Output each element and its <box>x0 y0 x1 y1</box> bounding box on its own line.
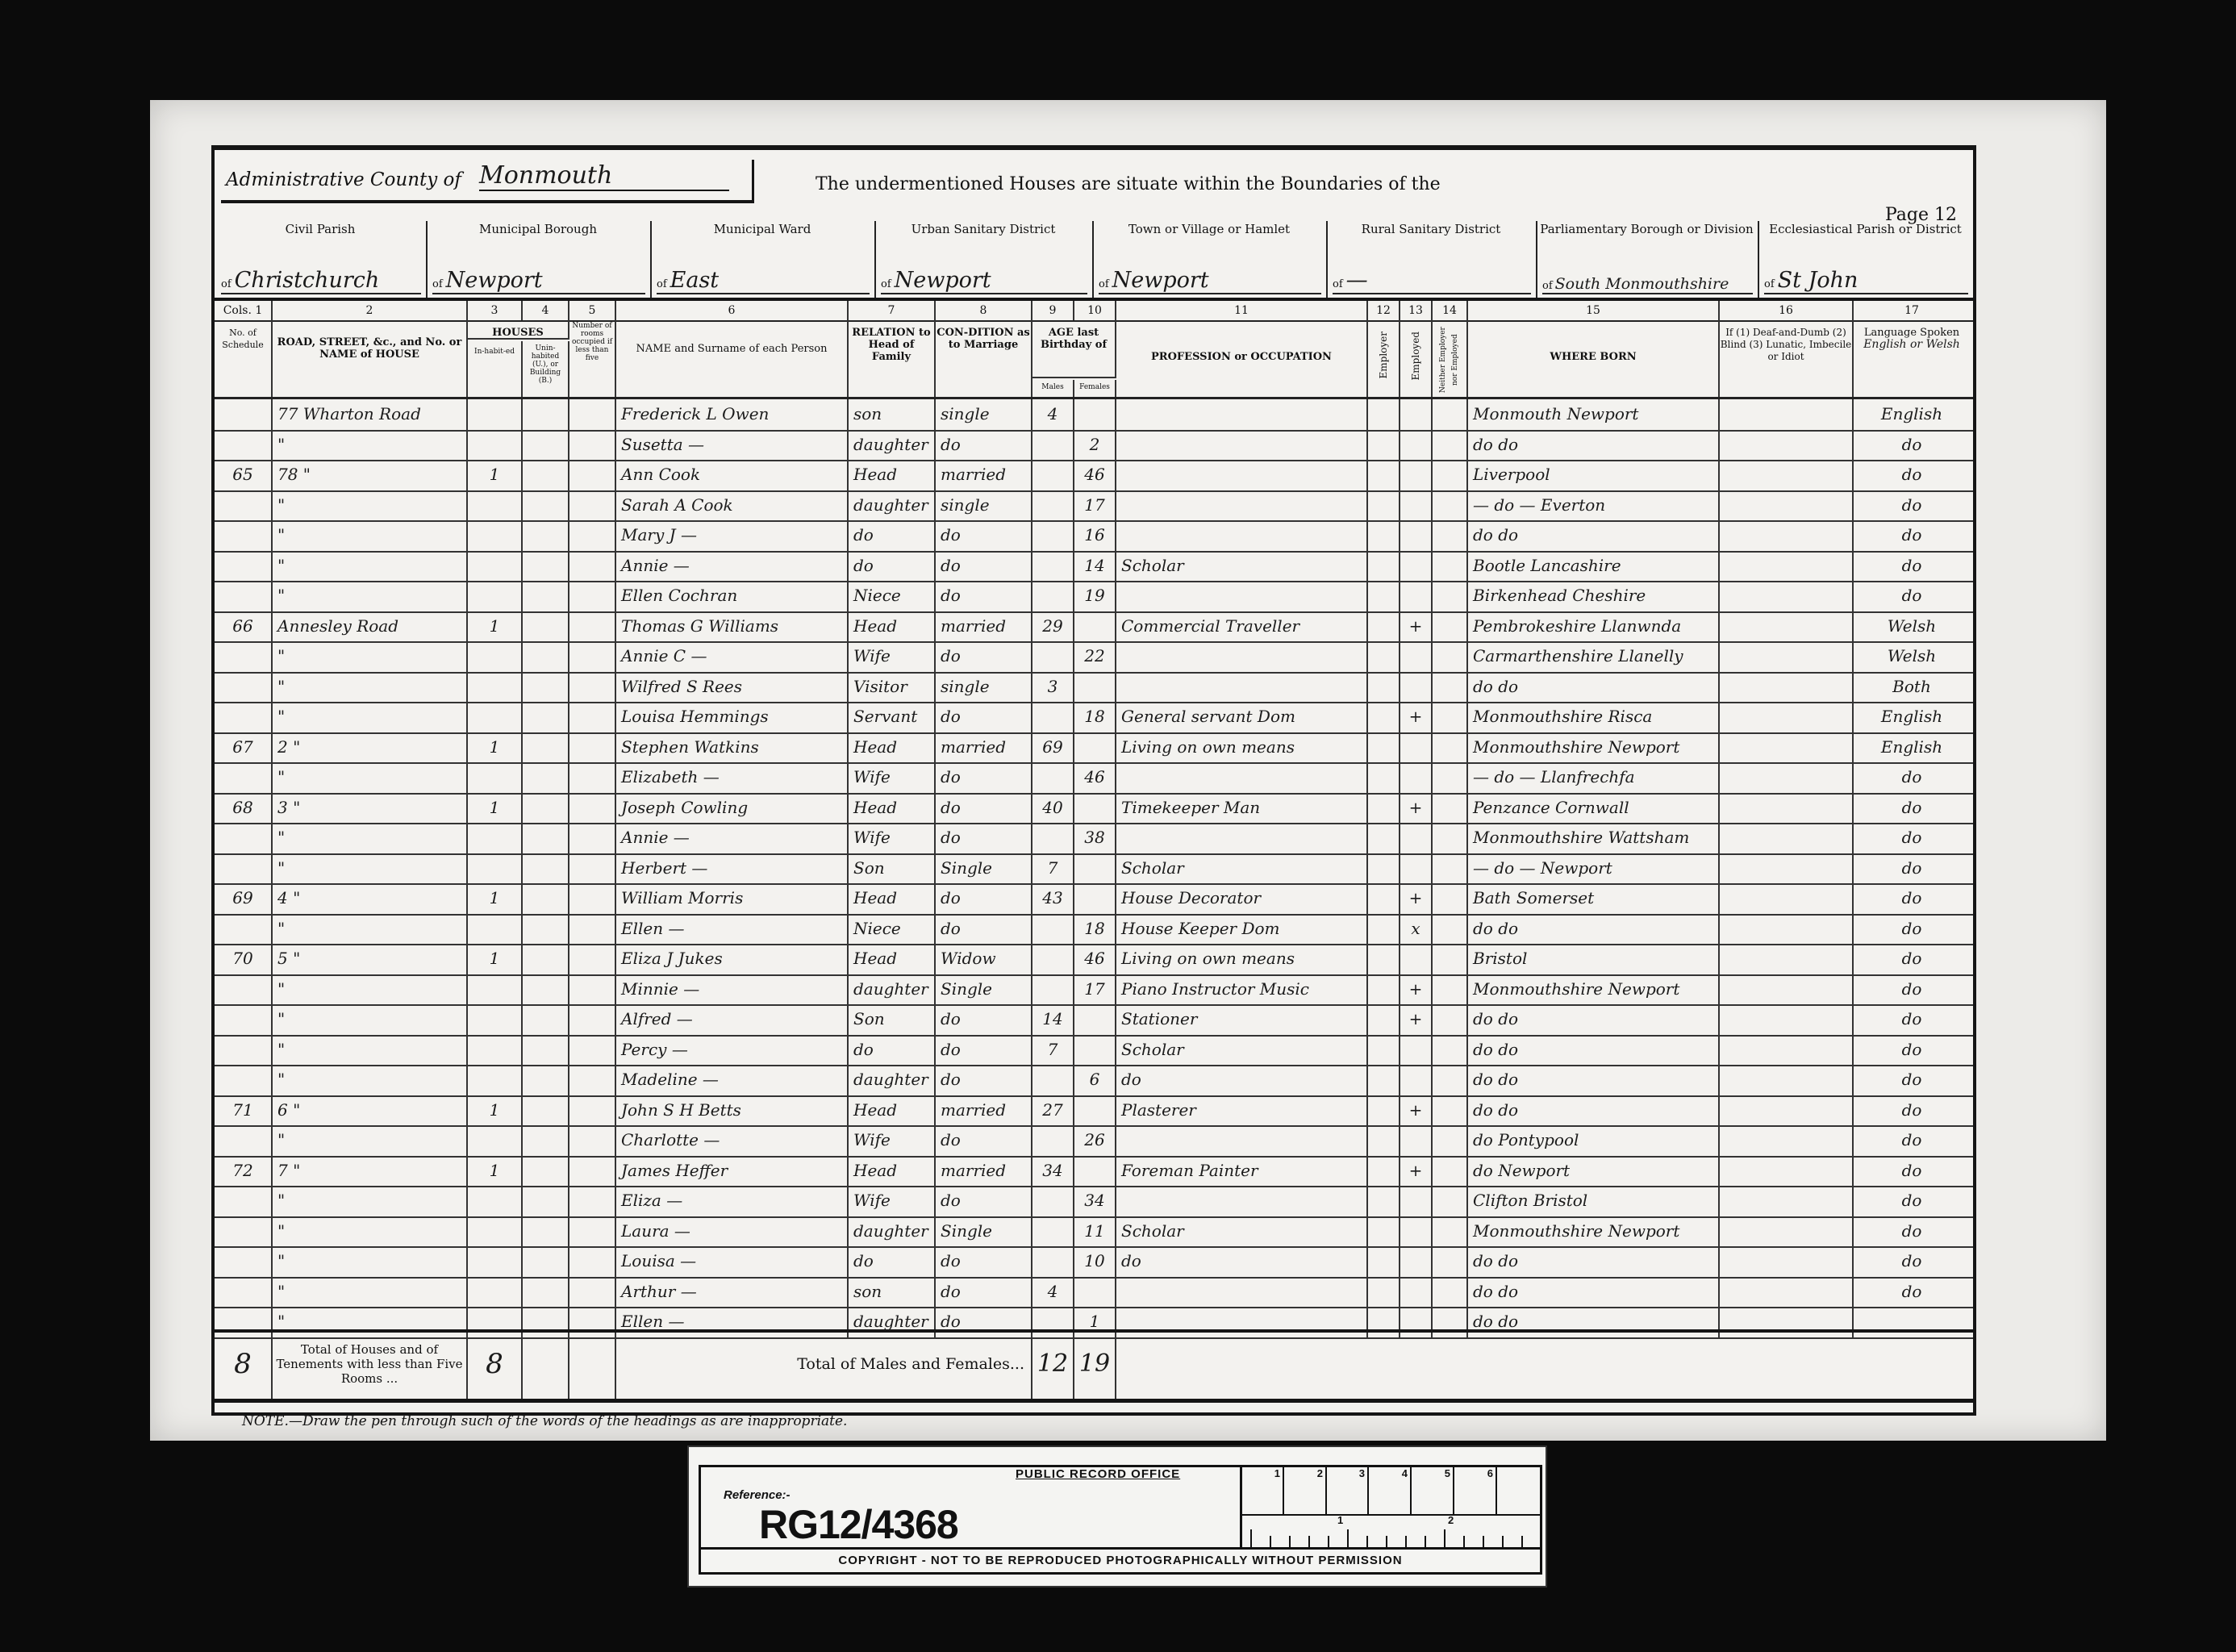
area-parliamentary-borough: Parliamentary Borough or Division ofSout… <box>1536 221 1759 298</box>
cell-where-born: Monmouth Newport <box>1468 399 1720 430</box>
cell-age-female: 46 <box>1074 944 1116 974</box>
cell-condition: do <box>936 1277 1032 1308</box>
cell-language: Both <box>1854 672 1970 703</box>
cell-occupation: House Keeper Dom <box>1116 914 1368 945</box>
area-title: Urban Sanitary District <box>874 223 1092 236</box>
table-row: "Ellen CochranNiecedo19Birkenhead Cheshi… <box>215 581 1973 613</box>
cell-relation: Servant <box>849 702 936 732</box>
cell-employer <box>1368 793 1400 824</box>
cell-employed: + <box>1400 883 1433 914</box>
cell-relation: daughter <box>849 430 936 461</box>
cell-language: do <box>1854 490 1970 521</box>
cell-language: do <box>1854 974 1970 1005</box>
cell-occupation: do <box>1116 1246 1368 1277</box>
cell-uninhabited <box>523 581 569 611</box>
cell-schedule <box>215 1277 273 1308</box>
cell-relation: Wife <box>849 1186 936 1216</box>
cell-rooms <box>569 611 616 642</box>
colnum: 4 <box>523 301 569 320</box>
cell-age-male <box>1032 1065 1074 1095</box>
county-label: Administrative County of <box>226 169 461 190</box>
cell-relation: Head <box>849 883 936 914</box>
cell-neither <box>1433 1035 1468 1066</box>
table-row: "Percy —dodo7Scholardo dodo <box>215 1035 1973 1067</box>
cell-uninhabited <box>523 672 569 703</box>
cell-employed: + <box>1400 974 1433 1005</box>
cell-age-female: 46 <box>1074 460 1116 490</box>
area-title: Town or Village or Hamlet <box>1092 223 1326 236</box>
cell-name: Herbert — <box>616 853 849 884</box>
cell-neither <box>1433 611 1468 642</box>
cell-neither <box>1433 823 1468 853</box>
cell-age-male: 69 <box>1032 732 1074 763</box>
cell-rooms <box>569 914 616 945</box>
scale-tick <box>1502 1536 1504 1547</box>
area-ecclesiastical-parish: Ecclesiastical Parish or District ofSt J… <box>1758 221 1973 298</box>
cell-name: Mary J — <box>616 520 849 551</box>
colnum: 17 <box>1854 301 1970 320</box>
cell-employed: + <box>1400 1156 1433 1187</box>
cell-employed <box>1400 641 1433 672</box>
colnum: 16 <box>1720 301 1854 320</box>
table-row: 716 "1John S H BettsHeadmarried27Plaster… <box>215 1095 1973 1128</box>
cell-where-born: do Pontypool <box>1468 1125 1720 1156</box>
cell-address: " <box>273 1186 468 1216</box>
cell-language: English <box>1854 732 1970 763</box>
of-label: of <box>221 278 232 290</box>
cell-age-male <box>1032 702 1074 732</box>
cell-condition: do <box>936 641 1032 672</box>
note-text: NOTE.—Draw the pen through such of the w… <box>242 1413 847 1429</box>
cell-relation: daughter <box>849 1065 936 1095</box>
cell-neither <box>1433 914 1468 945</box>
scale-tick-label: 2 <box>1284 1467 1327 1514</box>
cell-inhabited: 1 <box>468 1156 523 1187</box>
cell-uninhabited <box>523 914 569 945</box>
cell-uninhabited <box>523 1156 569 1187</box>
cell-employer <box>1368 490 1400 521</box>
cell-name: Madeline — <box>616 1065 849 1095</box>
cell-neither <box>1433 581 1468 611</box>
cell-inhabited <box>468 520 523 551</box>
total-blank <box>523 1333 569 1399</box>
cell-schedule <box>215 641 273 672</box>
col-header-males: Males <box>1032 380 1074 397</box>
cell-rooms <box>569 1004 616 1035</box>
cell-infirmity <box>1720 1277 1854 1308</box>
cell-where-born: do do <box>1468 672 1720 703</box>
area-title: Municipal Borough <box>426 223 650 236</box>
scale-tick <box>1250 1529 1252 1547</box>
cell-relation: son <box>849 399 936 430</box>
cell-where-born: — do — Everton <box>1468 490 1720 521</box>
col-header-employed-label: Employed <box>1410 332 1422 380</box>
table-row: 727 "1James HefferHeadmarried34Foreman P… <box>215 1156 1973 1188</box>
cell-condition: do <box>936 1035 1032 1066</box>
cell-uninhabited <box>523 823 569 853</box>
cell-name: Sarah A Cook <box>616 490 849 521</box>
cell-infirmity <box>1720 944 1854 974</box>
col-header-name: NAME and Surname of each Person <box>616 320 849 397</box>
cell-employer <box>1368 460 1400 490</box>
cell-uninhabited <box>523 853 569 884</box>
scale-tick <box>1347 1529 1349 1547</box>
cell-schedule: 67 <box>215 732 273 763</box>
cell-address: " <box>273 1277 468 1308</box>
area-municipal-borough: Municipal Borough ofNewport <box>426 221 652 298</box>
cell-employer <box>1368 1035 1400 1066</box>
cell-infirmity <box>1720 914 1854 945</box>
cell-infirmity <box>1720 1216 1854 1247</box>
cell-employed <box>1400 551 1433 582</box>
cell-rooms <box>569 1277 616 1308</box>
cell-employer <box>1368 823 1400 853</box>
cell-condition: single <box>936 399 1032 430</box>
cell-language: do <box>1854 1186 1970 1216</box>
census-form: Administrative County of Monmouth The un… <box>211 145 1976 1416</box>
cell-where-born: do do <box>1468 430 1720 461</box>
cell-relation: do <box>849 520 936 551</box>
cell-condition: Widow <box>936 944 1032 974</box>
cell-age-female <box>1074 1095 1116 1126</box>
cell-language: do <box>1854 430 1970 461</box>
cell-condition: do <box>936 883 1032 914</box>
cell-language: do <box>1854 460 1970 490</box>
cell-age-female: 14 <box>1074 551 1116 582</box>
col-header-schedule: No. of Schedule <box>215 320 273 397</box>
cell-language: do <box>1854 1277 1970 1308</box>
area-town: Town or Village or Hamlet ofNewport <box>1092 221 1328 298</box>
cell-employer <box>1368 611 1400 642</box>
cell-condition: do <box>936 1186 1032 1216</box>
cell-infirmity <box>1720 399 1854 430</box>
cell-inhabited <box>468 551 523 582</box>
cell-age-female <box>1074 399 1116 430</box>
cell-relation: daughter <box>849 1216 936 1247</box>
cell-age-male <box>1032 1125 1074 1156</box>
cell-address: 5 " <box>273 944 468 974</box>
cell-rooms <box>569 641 616 672</box>
cell-age-male <box>1032 551 1074 582</box>
cell-address: " <box>273 672 468 703</box>
cell-rooms <box>569 1125 616 1156</box>
cell-age-male: 3 <box>1032 672 1074 703</box>
cell-relation: do <box>849 1035 936 1066</box>
cell-where-born: Monmouthshire Newport <box>1468 1216 1720 1247</box>
cell-name: Annie — <box>616 551 849 582</box>
cell-occupation: Plasterer <box>1116 1095 1368 1126</box>
cell-occupation <box>1116 1125 1368 1156</box>
cell-occupation: do <box>1116 1065 1368 1095</box>
scale-tick <box>1483 1536 1484 1547</box>
cell-occupation <box>1116 672 1368 703</box>
cell-employed <box>1400 1186 1433 1216</box>
cell-address: 2 " <box>273 732 468 763</box>
colnum: 3 <box>468 301 523 320</box>
table-row: "Elizabeth —Wifedo46— do — Llanfrechfado <box>215 762 1973 795</box>
cell-inhabited <box>468 823 523 853</box>
cell-age-female <box>1074 793 1116 824</box>
cell-occupation <box>1116 430 1368 461</box>
cell-language: do <box>1854 823 1970 853</box>
cell-employer <box>1368 399 1400 430</box>
cell-age-female: 6 <box>1074 1065 1116 1095</box>
cell-neither <box>1433 974 1468 1005</box>
cell-schedule <box>215 702 273 732</box>
cell-name: Percy — <box>616 1035 849 1066</box>
area-value: Newport <box>1112 268 1209 293</box>
cell-age-male <box>1032 460 1074 490</box>
cell-address: " <box>273 520 468 551</box>
table-row: 683 "1Joseph CowlingHeaddo40Timekeeper M… <box>215 793 1973 825</box>
cell-language: do <box>1854 883 1970 914</box>
cell-infirmity <box>1720 1125 1854 1156</box>
cell-where-born: Bristol <box>1468 944 1720 974</box>
cell-neither <box>1433 1216 1468 1247</box>
cell-rooms <box>569 460 616 490</box>
cell-employed <box>1400 1125 1433 1156</box>
cell-age-male: 7 <box>1032 1035 1074 1066</box>
colnum: 15 <box>1468 301 1720 320</box>
cell-relation: Head <box>849 611 936 642</box>
cell-uninhabited <box>523 399 569 430</box>
table-row: "Madeline —daughterdo6dodo dodo <box>215 1065 1973 1097</box>
table-row: "Mary J —dodo16do dodo <box>215 520 1973 553</box>
cell-employer <box>1368 732 1400 763</box>
cell-inhabited <box>468 1186 523 1216</box>
cell-age-female <box>1074 672 1116 703</box>
colnum: 10 <box>1074 301 1116 320</box>
cell-address: " <box>273 853 468 884</box>
col-header-females: Females <box>1074 380 1116 397</box>
total-schedules: 8 <box>215 1333 273 1399</box>
cell-age-male <box>1032 944 1074 974</box>
cell-language: English <box>1854 702 1970 732</box>
cell-relation: do <box>849 1246 936 1277</box>
cell-name: Ellen — <box>616 914 849 945</box>
cell-rooms <box>569 702 616 732</box>
cell-where-born: Monmouthshire Risca <box>1468 702 1720 732</box>
cell-condition: single <box>936 490 1032 521</box>
cell-age-male <box>1032 762 1074 793</box>
cell-neither <box>1433 641 1468 672</box>
colnum: 13 <box>1400 301 1433 320</box>
cell-where-born: do do <box>1468 914 1720 945</box>
cell-neither <box>1433 430 1468 461</box>
office-label: PUBLIC RECORD OFFICE <box>1016 1467 1180 1481</box>
cell-occupation: Piano Instructor Music <box>1116 974 1368 1005</box>
scale-tick <box>1308 1536 1310 1547</box>
cell-uninhabited <box>523 883 569 914</box>
cell-where-born: do do <box>1468 1065 1720 1095</box>
cell-neither <box>1433 551 1468 582</box>
cell-schedule <box>215 853 273 884</box>
cell-rooms <box>569 520 616 551</box>
colnum: 8 <box>936 301 1032 320</box>
cell-uninhabited <box>523 974 569 1005</box>
cell-inhabited <box>468 641 523 672</box>
cell-employed <box>1400 399 1433 430</box>
cell-infirmity <box>1720 853 1854 884</box>
cell-address: " <box>273 1125 468 1156</box>
cell-language: do <box>1854 1125 1970 1156</box>
cell-age-male: 14 <box>1032 1004 1074 1035</box>
scale-tick <box>1425 1536 1426 1547</box>
scale-cm-label: 2 <box>1448 1514 1454 1526</box>
cell-age-female: 22 <box>1074 641 1116 672</box>
cell-infirmity <box>1720 430 1854 461</box>
cell-employer <box>1368 762 1400 793</box>
cell-age-female <box>1074 732 1116 763</box>
cell-schedule <box>215 520 273 551</box>
cell-condition: do <box>936 702 1032 732</box>
cell-employed <box>1400 581 1433 611</box>
cell-inhabited <box>468 430 523 461</box>
cell-inhabited: 1 <box>468 611 523 642</box>
cell-schedule <box>215 823 273 853</box>
cell-employed: + <box>1400 1004 1433 1035</box>
cell-employed <box>1400 490 1433 521</box>
table-row: 77 Wharton RoadFrederick L Owensonsingle… <box>215 399 1973 432</box>
table-row: "Charlotte —Wifedo26do Pontypooldo <box>215 1125 1973 1158</box>
cell-infirmity <box>1720 1095 1854 1126</box>
cell-age-male <box>1032 641 1074 672</box>
col-header-rooms: Number of rooms occupied if less than fi… <box>569 320 616 397</box>
table-row: "Sarah A Cookdaughtersingle17— do — Ever… <box>215 490 1973 523</box>
cell-relation: Niece <box>849 914 936 945</box>
cell-age-male: 43 <box>1032 883 1074 914</box>
cell-schedule: 71 <box>215 1095 273 1126</box>
cell-uninhabited <box>523 430 569 461</box>
cell-name: Charlotte — <box>616 1125 849 1156</box>
cell-neither <box>1433 883 1468 914</box>
cell-inhabited: 1 <box>468 883 523 914</box>
cell-name: John S H Betts <box>616 1095 849 1126</box>
cell-neither <box>1433 460 1468 490</box>
cell-address: " <box>273 823 468 853</box>
area-value: Christchurch <box>235 268 380 293</box>
cell-neither <box>1433 1095 1468 1126</box>
cell-employed <box>1400 460 1433 490</box>
cell-relation: Son <box>849 853 936 884</box>
cell-schedule <box>215 1004 273 1035</box>
of-label: of <box>881 278 891 290</box>
cell-schedule <box>215 1186 273 1216</box>
colnum: 14 <box>1433 301 1468 320</box>
cell-age-male: 4 <box>1032 399 1074 430</box>
cell-occupation <box>1116 460 1368 490</box>
cell-employer <box>1368 430 1400 461</box>
cell-age-female: 34 <box>1074 1186 1116 1216</box>
scale-inches: 1 2 3 4 5 6 <box>1242 1467 1542 1516</box>
cell-condition: married <box>936 611 1032 642</box>
cell-name: Louisa — <box>616 1246 849 1277</box>
cell-age-male: 27 <box>1032 1095 1074 1126</box>
cell-uninhabited <box>523 1246 569 1277</box>
cell-age-female: 26 <box>1074 1125 1116 1156</box>
cell-condition: do <box>936 823 1032 853</box>
cell-language: do <box>1854 1065 1970 1095</box>
cell-address: " <box>273 430 468 461</box>
cell-employer <box>1368 581 1400 611</box>
cell-address: " <box>273 1246 468 1277</box>
cell-schedule <box>215 551 273 582</box>
cell-neither <box>1433 853 1468 884</box>
cell-schedule: 66 <box>215 611 273 642</box>
cell-employed: + <box>1400 702 1433 732</box>
scale-tick-label: 3 <box>1327 1467 1369 1514</box>
cell-rooms <box>569 1186 616 1216</box>
county-box: Administrative County of Monmouth <box>221 160 754 203</box>
cell-age-male <box>1032 1186 1074 1216</box>
table-row: 694 "1William MorrisHeaddo43House Decora… <box>215 883 1973 916</box>
cell-relation: Head <box>849 732 936 763</box>
scale-cm: 1 2 <box>1242 1516 1542 1547</box>
table-row: "Annie —Wifedo38Monmouthshire Wattshamdo <box>215 823 1973 855</box>
cell-uninhabited <box>523 793 569 824</box>
cell-where-born: do Newport <box>1468 1156 1720 1187</box>
cell-address: " <box>273 490 468 521</box>
cell-inhabited <box>468 1277 523 1308</box>
cell-name: Elizabeth — <box>616 762 849 793</box>
cell-occupation <box>1116 1277 1368 1308</box>
cell-uninhabited <box>523 1004 569 1035</box>
cell-address: 7 " <box>273 1156 468 1187</box>
cell-where-born: Carmarthenshire Llanelly <box>1468 641 1720 672</box>
cell-relation: Visitor <box>849 672 936 703</box>
cell-where-born: Bath Somerset <box>1468 883 1720 914</box>
language-note: English or Welsh <box>1854 339 1970 351</box>
cell-employed <box>1400 944 1433 974</box>
cell-infirmity <box>1720 1065 1854 1095</box>
col-header-inhabited: In-habit-ed <box>468 341 523 397</box>
scale-tick <box>1405 1536 1407 1547</box>
cell-occupation: Stationer <box>1116 1004 1368 1035</box>
cell-infirmity <box>1720 1246 1854 1277</box>
cell-address: 77 Wharton Road <box>273 399 468 430</box>
colnum: 11 <box>1116 301 1368 320</box>
of-label: of <box>657 278 667 290</box>
col-header-condition: CON-DITION as to Marriage <box>936 320 1032 397</box>
cell-uninhabited <box>523 641 569 672</box>
cell-name: Arthur — <box>616 1277 849 1308</box>
cell-employed <box>1400 520 1433 551</box>
cell-inhabited <box>468 853 523 884</box>
cell-condition: do <box>936 551 1032 582</box>
cell-employed <box>1400 1216 1433 1247</box>
cell-occupation: Foreman Painter <box>1116 1156 1368 1187</box>
cell-occupation: Living on own means <box>1116 944 1368 974</box>
cell-address: 3 " <box>273 793 468 824</box>
cell-infirmity <box>1720 883 1854 914</box>
cell-where-born: — do — Llanfrechfa <box>1468 762 1720 793</box>
col-header-relation: RELATION to Head of Family <box>849 320 936 397</box>
cell-neither <box>1433 490 1468 521</box>
col-header-language: Language Spoken English or Welsh <box>1854 320 1970 397</box>
cell-uninhabited <box>523 1095 569 1126</box>
of-label: of <box>432 278 443 290</box>
cell-uninhabited <box>523 732 569 763</box>
colnum: 12 <box>1368 301 1400 320</box>
scale-tick <box>1386 1536 1387 1547</box>
cell-relation: Son <box>849 1004 936 1035</box>
cell-rooms <box>569 974 616 1005</box>
cell-age-female <box>1074 611 1116 642</box>
cell-employed <box>1400 1035 1433 1066</box>
cell-address: " <box>273 1216 468 1247</box>
cell-inhabited <box>468 1065 523 1095</box>
cell-infirmity <box>1720 551 1854 582</box>
